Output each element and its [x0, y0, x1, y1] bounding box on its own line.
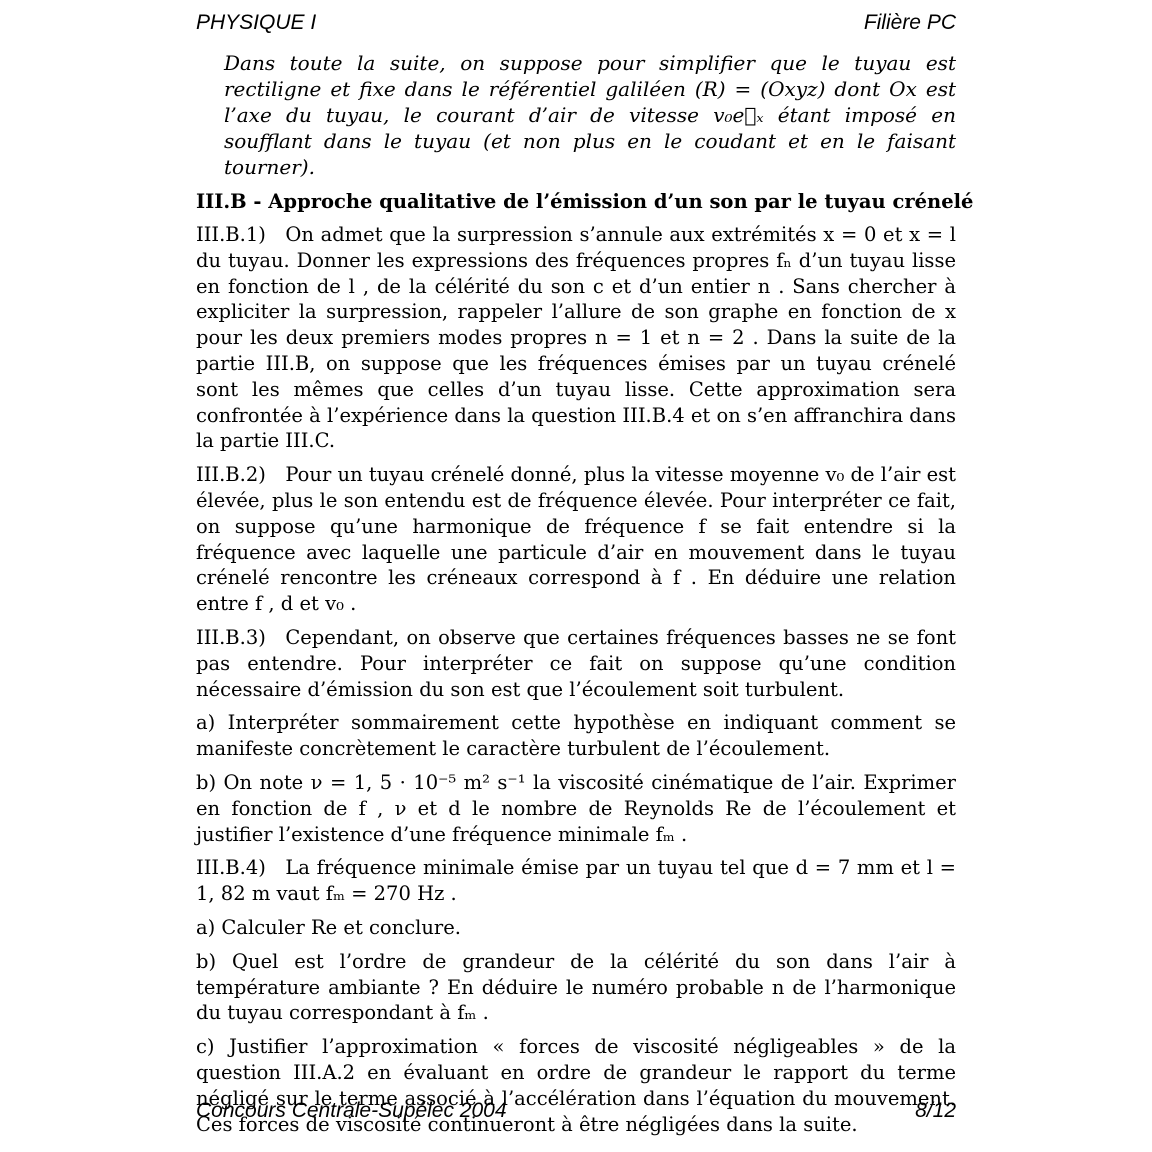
paragraph-iiib3-a: a) Interpréter sommairement cette hypoth… [196, 710, 956, 762]
page-body: Dans toute la suite, on suppose pour sim… [196, 50, 956, 1145]
page-footer: Concours Centrale-Supélec 2004 8/12 [196, 1098, 956, 1123]
paragraph-iiib4-a: a) Calculer Re et conclure. [196, 915, 956, 941]
intro-paragraph: Dans toute la suite, on suppose pour sim… [224, 50, 956, 180]
document-page: PHYSIQUE I Filière PC Dans toute la suit… [0, 0, 1152, 1152]
paragraph-iiib4: III.B.4) La fréquence minimale émise par… [196, 855, 956, 907]
paragraph-iiib3: III.B.3) Cependant, on observe que certa… [196, 625, 956, 702]
paragraph-iiib1: III.B.1) On admet que la surpression s’a… [196, 222, 956, 454]
paragraph-iiib3-b: b) On note ν = 1, 5 · 10⁻⁵ m² s⁻¹ la vis… [196, 770, 956, 847]
section-heading: III.B - Approche qualitative de l’émissi… [196, 189, 956, 215]
footer-exam-name: Concours Centrale-Supélec 2004 [196, 1098, 507, 1123]
footer-page-number: 8/12 [915, 1098, 956, 1123]
page-header: PHYSIQUE I Filière PC [196, 10, 956, 35]
header-subject: Filière PC [864, 10, 956, 35]
paragraph-iiib2: III.B.2) Pour un tuyau crénelé donné, pl… [196, 462, 956, 617]
header-title: PHYSIQUE I [196, 10, 316, 35]
paragraph-iiib4-b: b) Quel est l’ordre de grandeur de la cé… [196, 949, 956, 1026]
